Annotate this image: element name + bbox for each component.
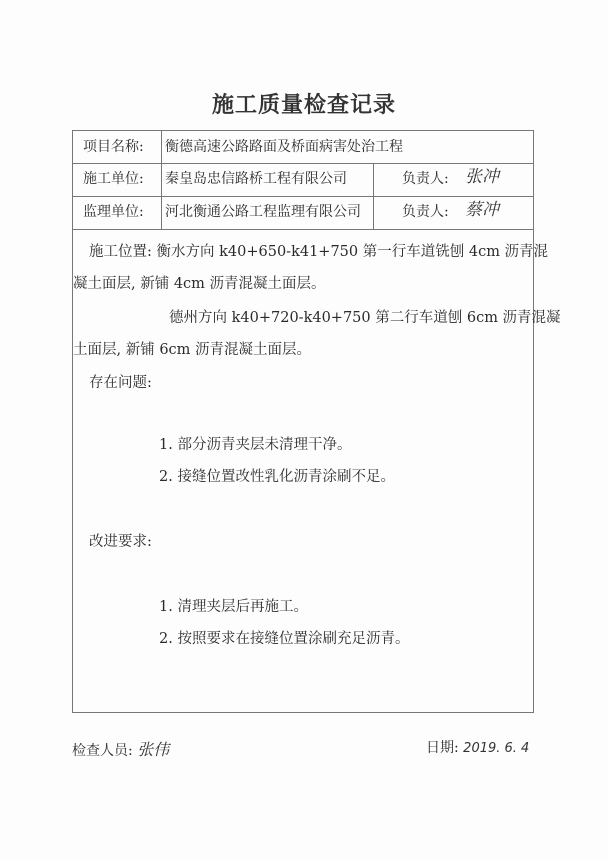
inspector-signature: 张伟 (137, 740, 169, 759)
project-name-value: 衡德高速公路路面及桥面病害处治工程 (165, 131, 403, 164)
improvement-item: 1. 清理夹层后再施工。 (159, 595, 308, 616)
location-line-3: 德州方向 k40+720-k40+750 第二行车道刨 6cm 沥青混凝 (169, 306, 561, 327)
location-line-2: 凝土面层, 新铺 4cm 沥青混凝土面层。 (73, 272, 326, 293)
inspection-record-table: 项目名称: 衡德高速公路路面及桥面病害处治工程 施工单位: 秦皇岛忠信路桥工程有… (72, 130, 534, 713)
issue-item: 2. 接缝位置改性乳化沥青涂刷不足。 (159, 465, 395, 486)
contractor-value: 秦皇岛忠信路桥工程有限公司 (165, 163, 347, 196)
improvements-heading: 改进要求: (89, 530, 152, 551)
location-line-4: 土面层, 新铺 6cm 沥青混凝土面层。 (73, 338, 311, 359)
date-label: 日期: (426, 740, 459, 756)
issues-heading: 存在问题: (89, 371, 152, 392)
supervisor-signature: 蔡冲 (465, 194, 499, 227)
date-value: 2019. 6. 4 (463, 741, 529, 756)
inspector-field: 检查人员: 张伟 (72, 737, 169, 760)
supervisor-person-label: 负责人: (402, 196, 449, 229)
inspector-label: 检查人员: (72, 743, 133, 759)
issue-item: 1. 部分沥青夹层未清理干净。 (159, 433, 351, 454)
improvement-item: 2. 按照要求在接缝位置涂刷充足沥青。 (159, 627, 409, 648)
row-divider (73, 229, 533, 230)
project-name-label: 项目名称: (83, 131, 144, 164)
column-divider (161, 131, 162, 229)
contractor-person-label: 负责人: (402, 163, 449, 196)
supervisor-value: 河北衡通公路工程监理有限公司 (165, 196, 361, 229)
location-line-1: 施工位置: 衡水方向 k40+650-k41+750 第一行车道铣刨 4cm 沥… (89, 240, 548, 261)
date-field: 日期: 2019. 6. 4 (426, 737, 529, 757)
contractor-signature: 张冲 (465, 161, 499, 194)
document-title: 施工质量检查记录 (0, 88, 608, 119)
column-divider (373, 163, 374, 229)
contractor-label: 施工单位: (83, 163, 144, 196)
supervisor-label: 监理单位: (83, 196, 144, 229)
